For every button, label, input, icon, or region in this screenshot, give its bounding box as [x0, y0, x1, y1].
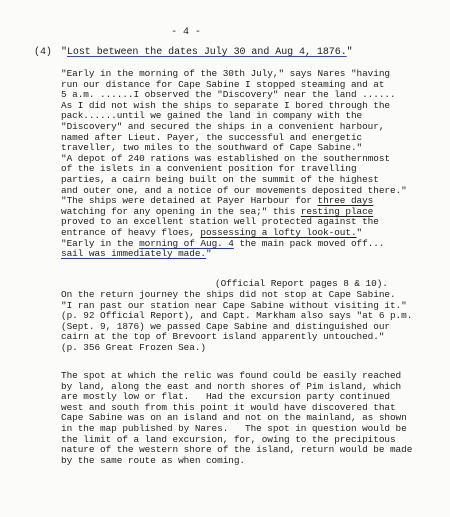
return-journey-block: On the return journey the ships did not … [61, 290, 450, 354]
underlined-phrase: three days [318, 195, 374, 206]
nares-quote-block: "Early in the morning of the 30th July,"… [61, 69, 450, 260]
underlined-phrase: morning of Aug. 4 [139, 238, 234, 249]
text-segment: entrance of heavy floes, [61, 227, 200, 238]
final-paragraph: The spot at which the relic was found co… [61, 371, 450, 466]
text-line: "Discovery" and secured the ships in a c… [61, 122, 450, 133]
text-segment: " [357, 227, 363, 238]
page-number: - 4 - [0, 27, 372, 38]
section-heading: "Lost between the dates July 30 and Aug … [61, 47, 353, 58]
underlined-phrase: possessing a lofty look-out. [200, 227, 356, 238]
citation: (Official Report pages 8 & 10). [215, 279, 445, 290]
text-line: (p. 356 Great Frozen Sea.) [61, 343, 450, 354]
underlined-phrase: sail was immediately made. [61, 248, 206, 259]
text-line: On the return journey the ships did not … [61, 290, 450, 301]
text-segment: "The ships were detained at Payer Harbou… [61, 195, 318, 206]
text-line: by the same route as when coming. [61, 456, 450, 467]
text-segment: the main pack moved off... [234, 238, 385, 249]
citation-text: (Official Report pages 8 & 10). [215, 279, 445, 290]
underlined-phrase: resting place [301, 206, 374, 217]
document-page: - 4 - (4) "Lost between the dates July 3… [0, 0, 450, 517]
text-line: sail was immediately made." [61, 249, 450, 260]
heading-close-quote: " [347, 47, 353, 58]
heading-text: Lost between the dates July 30 and Aug 4… [67, 47, 347, 58]
text-segment: "Early in the [61, 238, 139, 249]
text-segment: watching for any opening in the sea;" th… [61, 206, 301, 217]
item-label: (4) [34, 47, 52, 58]
text-segment: " [206, 248, 212, 259]
text-line: "Early in the morning of the 30th July,"… [61, 69, 450, 80]
text-line: The spot at which the relic was found co… [61, 371, 450, 382]
text-line: in the map published by Nares. The spot … [61, 424, 450, 435]
text-line: parties, a cairn being built on the summ… [61, 175, 450, 186]
